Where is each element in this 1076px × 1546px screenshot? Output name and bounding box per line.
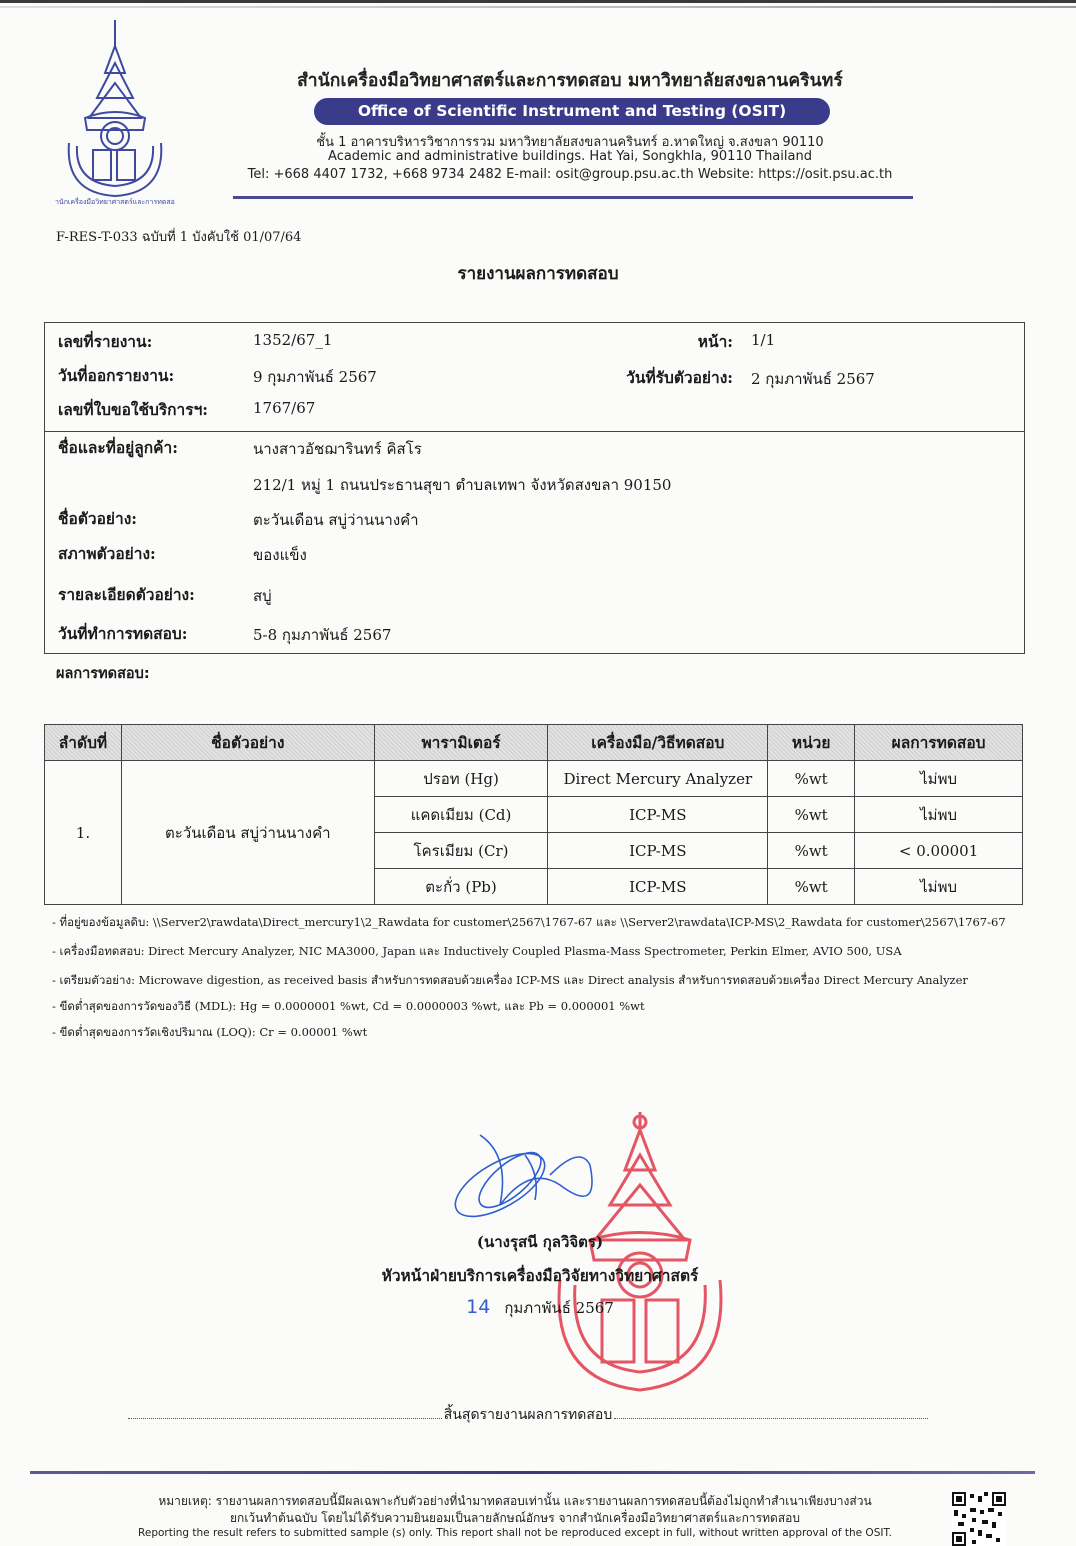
result-cell: ไม่พบ	[855, 869, 1023, 905]
method-cell: ICP-MS	[548, 869, 768, 905]
item-no: 1.	[45, 761, 122, 905]
col-header-method: เครื่องมือ/วิธีทดสอบ	[548, 725, 768, 761]
unit-cell: %wt	[768, 833, 855, 869]
address-english: Academic and administrative buildings. H…	[230, 149, 910, 164]
header-divider	[233, 196, 913, 199]
customer-address: 212/1 หมู่ 1 ถนนประธานสุขา ตำบลเทพา จังห…	[253, 473, 671, 497]
qr-code-icon	[952, 1492, 1006, 1546]
issue-date: 9 กุมภาพันธ์ 2567	[253, 365, 377, 389]
sample-cell: ตะวันเดือน สบู่ว่านนางคำ	[121, 761, 374, 905]
note-sample-prep: - เตรียมตัวอย่าง: Microwave digestion, a…	[52, 972, 968, 990]
received-date: 2 กุมภาพันธ์ 2567	[751, 367, 875, 391]
table-row: 1. ตะวันเดือน สบู่ว่านนางคำ ปรอท (Hg) Di…	[45, 761, 1023, 797]
contact-info: Tel: +668 4407 1732, +668 9734 2482 E-ma…	[230, 167, 910, 182]
table-header-row: ลำดับที่ ชื่อตัวอย่าง พารามิเตอร์ เครื่อ…	[45, 725, 1023, 761]
signature-month-year: กุมภาพันธ์ 2567	[504, 1299, 614, 1317]
parameter-cell: แคดเมียม (Cd)	[374, 797, 548, 833]
parameter-cell: ปรอท (Hg)	[374, 761, 548, 797]
signatory-name: (นางรุสนี กุลวิจิตร)	[340, 1230, 740, 1254]
dotted-leader-right	[614, 1408, 928, 1419]
method-cell: Direct Mercury Analyzer	[548, 761, 768, 797]
result-cell: ไม่พบ	[855, 797, 1023, 833]
unit-cell: %wt	[768, 869, 855, 905]
info-divider	[45, 431, 1024, 432]
customer-label: ชื่อและที่อยู่ลูกค้า:	[58, 435, 178, 460]
svg-text:สำนักเครื่องมือวิทยาศาสตร์และก: สำนักเครื่องมือวิทยาศาสตร์และการทดสอบ	[55, 197, 175, 206]
sample-detail: สบู่	[253, 584, 272, 608]
results-heading: ผลการทดสอบ:	[56, 662, 150, 685]
results-table: ลำดับที่ ชื่อตัวอย่าง พารามิเตอร์ เครื่อ…	[44, 724, 1023, 905]
end-of-report: สิ้นสุดรายงานผลการทดสอบ	[128, 1404, 928, 1426]
col-header-unit: หน่วย	[768, 725, 855, 761]
parameter-cell: โครเมียม (Cr)	[374, 833, 548, 869]
scan-edge-top	[0, 0, 1076, 3]
unit-cell: %wt	[768, 761, 855, 797]
method-cell: ICP-MS	[548, 797, 768, 833]
note-mdl: - ขีดต่ำสุดของการวัดของวิธี (MDL): Hg = …	[52, 998, 645, 1016]
page-title: รายงานผลการทดสอบ	[0, 260, 1076, 287]
note-instruments: - เครื่องมือทดสอบ: Direct Mercury Analyz…	[52, 943, 902, 961]
col-header-result: ผลการทดสอบ	[855, 725, 1023, 761]
test-date-label: วันที่ทำการทดสอบ:	[58, 621, 187, 646]
footer-divider	[30, 1471, 1035, 1474]
issue-date-label: วันที่ออกรายงาน:	[58, 363, 174, 388]
sample-state-label: สภาพตัวอย่าง:	[58, 541, 156, 566]
result-cell: < 0.00001	[855, 833, 1023, 869]
footer-note-english: Reporting the result refers to submitted…	[110, 1527, 920, 1539]
report-info-box: เลขที่รายงาน: 1352/67_1 หน้า: 1/1 วันที่…	[44, 322, 1025, 654]
signatory-position: หัวหน้าฝ่ายบริการเครื่องมือวิจัยทางวิทยา…	[340, 1263, 740, 1288]
sample-name-label: ชื่อตัวอย่าง:	[58, 506, 137, 531]
note-loq: - ขีดต่ำสุดของการวัดเชิงปริมาณ (LOQ): Cr…	[52, 1024, 367, 1042]
page-label: หน้า:	[605, 329, 733, 354]
col-header-parameter: พารามิเตอร์	[374, 725, 548, 761]
request-no-label: เลขที่ใบขอใช้บริการฯ:	[58, 397, 208, 422]
test-date: 5-8 กุมภาพันธ์ 2567	[253, 623, 391, 647]
customer-name: นางสาวอัชฌารินทร์ คิสโร	[253, 437, 422, 461]
org-name-thai: สำนักเครื่องมือวิทยาศาสตร์และการทดสอบ มห…	[230, 66, 910, 94]
handwritten-signature-icon	[440, 1125, 620, 1235]
col-header-sample: ชื่อตัวอย่าง	[121, 725, 374, 761]
method-cell: ICP-MS	[548, 833, 768, 869]
sample-state: ของแข็ง	[253, 543, 307, 567]
org-name-english: Office of Scientific Instrument and Test…	[314, 98, 830, 125]
note-raw-data-location: - ที่อยู่ของข้อมูลดิบ: \\Server2\rawdata…	[52, 914, 1006, 932]
end-of-report-text: สิ้นสุดรายงานผลการทดสอบ	[442, 1404, 614, 1426]
scan-edge-shadow	[0, 6, 1076, 8]
sample-detail-label: รายละเอียดตัวอย่าง:	[58, 582, 195, 607]
report-no-label: เลขที่รายงาน:	[58, 329, 152, 354]
report-no: 1352/67_1	[253, 331, 332, 349]
unit-cell: %wt	[768, 797, 855, 833]
result-cell: ไม่พบ	[855, 761, 1023, 797]
page-number: 1/1	[751, 331, 775, 349]
psu-emblem-icon: สำนักเครื่องมือวิทยาศาสตร์และการทดสอบ	[55, 18, 175, 208]
signature-date: 14กุมภาพันธ์ 2567	[340, 1296, 740, 1320]
signature-day: 14	[466, 1296, 490, 1318]
received-date-label: วันที่รับตัวอย่าง:	[565, 365, 733, 390]
form-code: F-RES-T-033 ฉบับที่ 1 บังคับใช้ 01/07/64	[56, 226, 301, 247]
parameter-cell: ตะกั่ว (Pb)	[374, 869, 548, 905]
footer-note-thai-2: ยกเว้นทำต้นฉบับ โดยไม่ได้รับความยินยอมเป…	[110, 1509, 920, 1528]
dotted-leader-left	[128, 1408, 442, 1419]
col-header-item-no: ลำดับที่	[45, 725, 122, 761]
sample-name: ตะวันเดือน สบู่ว่านนางคำ	[253, 508, 419, 532]
request-no: 1767/67	[253, 399, 315, 417]
